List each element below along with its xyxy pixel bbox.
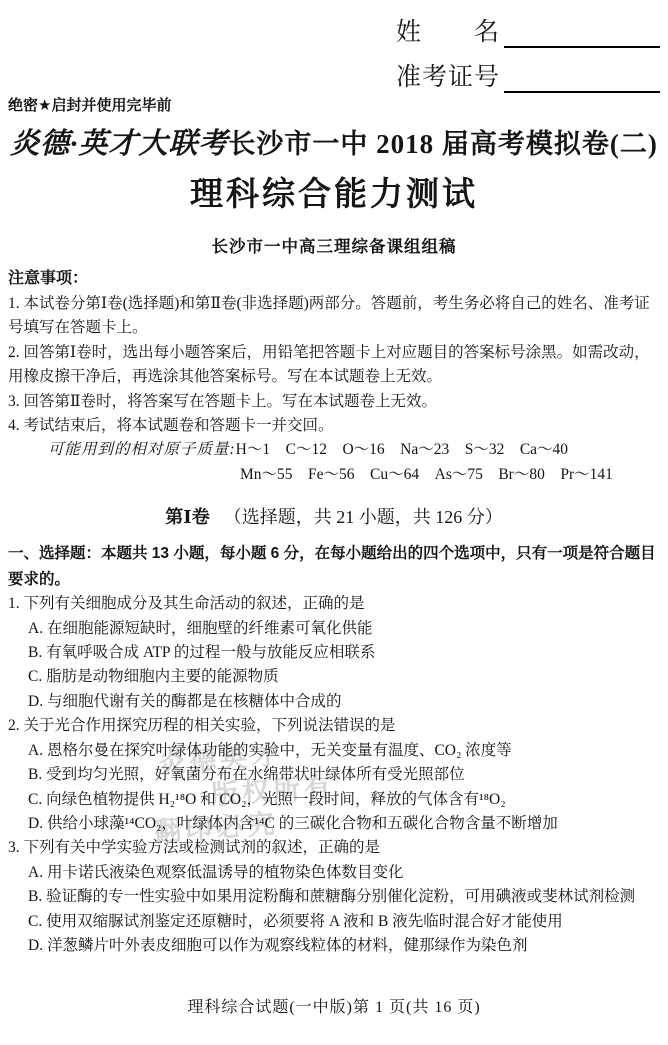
section-intro: 一、选择题：本题共 13 小题，每小题 6 分，在每小题给出的四个选项中，只有一… <box>8 541 660 592</box>
exam-title-brand: 炎德·英才大联考 <box>10 128 228 160</box>
notice-heading: 注意事项： <box>8 266 660 292</box>
question-option: C. 向绿色植物提供 H₂¹⁸O 和 CO₂，光照一段时间，释放的气体含有¹⁸O… <box>55 788 660 812</box>
byline: 长沙市一中高三理综备课组组稿 <box>0 233 668 257</box>
question-option: C. 脂肪是动物细胞内主要的能源物质 <box>55 665 660 689</box>
notice-item-1: 1. 本试卷分第Ⅰ卷(选择题)和第Ⅱ卷(非选择题)两部分。答题前，考生务必将自己… <box>8 292 660 341</box>
atomic-mass-label: 可能用到的相对原子质量: <box>48 441 236 458</box>
question-option: C. 使用双缩脲试剂鉴定还原糖时，必须要将 A 液和 B 液先临时混合好才能使用 <box>55 910 660 934</box>
question-option: D. 供给小球藻¹⁴CO₂，叶绿体内含¹⁴C 的三碳化合物和五碳化合物含量不断增… <box>55 812 660 836</box>
atomic-mass-line-1: 可能用到的相对原子质量:H～1 C～12 O～16 Na～23 S～32 Ca～… <box>48 438 660 462</box>
section-volume-desc: （选择题，共 21 小题，共 126 分） <box>224 507 503 527</box>
secret-banner: 绝密★启封并使用完毕前 <box>8 94 171 115</box>
exam-title-rest: 长沙市一中 2018 届高考模拟卷(二) <box>228 129 657 159</box>
question-option: A. 在细胞能源短缺时，细胞壁的纤维素可氧化供能 <box>55 617 660 641</box>
notice-item-4: 4. 考试结束后，将本试题卷和答题卡一并交回。 <box>8 414 660 438</box>
question-block-1: 1. 下列有关细胞成分及其生命活动的叙述，正确的是 A. 在细胞能源短缺时，细胞… <box>8 592 660 714</box>
exam-paper-page: 炎德英才 版权所有 翻印必究 姓 名 准考证号 绝密★启封并使用完毕前 炎德·英… <box>0 0 668 1045</box>
notice-item-3: 3. 回答第Ⅱ卷时，将答案写在答题卡上。写在本试题卷上无效。 <box>8 390 660 414</box>
candidate-info-header: 姓 名 准考证号 <box>396 12 660 102</box>
admission-number-row: 准考证号 <box>396 57 660 93</box>
question-stem: 2. 关于光合作用探究历程的相关实验，下列说法错误的是 <box>8 714 660 738</box>
question-block-3: 3. 下列有关中学实验方法或检测试剂的叙述，正确的是 A. 用卡诺氏液染色观察低… <box>8 836 660 958</box>
page-footer: 理科综合试题(一中版)第 1 页(共 16 页) <box>0 994 668 1017</box>
section-heading: 第Ⅰ卷（选择题，共 21 小题，共 126 分） <box>8 503 660 531</box>
admission-number-blank-line <box>504 60 660 93</box>
admission-number-label: 准考证号 <box>396 57 500 93</box>
question-option: A. 用卡诺氏液染色观察低温诱导的植物染色体数目变化 <box>55 861 660 885</box>
exam-title: 炎德·英才大联考长沙市一中 2018 届高考模拟卷(二) <box>0 121 668 162</box>
question-option: D. 洋葱鳞片叶外表皮细胞可以作为观察线粒体的材料，健那绿作为染色剂 <box>55 934 660 958</box>
question-option: D. 与细胞代谢有关的酶都是在核糖体中合成的 <box>55 690 660 714</box>
question-block-2: 2. 关于光合作用探究历程的相关实验，下列说法错误的是 A. 恩格尔曼在探究叶绿… <box>8 714 660 836</box>
question-option: B. 受到均匀光照，好氧菌分布在水绵带状叶绿体所有受光照部位 <box>55 763 660 787</box>
atomic-mass-values-1: H～1 C～12 O～16 Na～23 S～32 Ca～40 <box>236 441 568 458</box>
notice-item-2: 2. 回答第Ⅰ卷时，选出每小题答案后，用铅笔把答题卡上对应题目的答案标号涂黑。如… <box>8 341 660 390</box>
question-option: B. 验证酶的专一性实验中如果用淀粉酶和蔗糖酶分别催化淀粉，可用碘液或斐林试剂检… <box>55 885 660 909</box>
name-label: 姓 名 <box>396 12 500 48</box>
question-option: A. 恩格尔曼在探究叶绿体功能的实验中，无关变量有温度、CO₂ 浓度等 <box>55 739 660 763</box>
question-option: B. 有氧呼吸合成 ATP 的过程一般与放能反应相联系 <box>55 641 660 665</box>
name-row: 姓 名 <box>396 12 660 48</box>
paper-body: 注意事项： 1. 本试卷分第Ⅰ卷(选择题)和第Ⅱ卷(非选择题)两部分。答题前，考… <box>8 266 660 958</box>
name-blank-line <box>504 15 660 48</box>
atomic-mass-line-2: Mn～55 Fe～56 Cu～64 As～75 Br～80 Pr～141 <box>240 463 660 487</box>
question-stem: 3. 下列有关中学实验方法或检测试剂的叙述，正确的是 <box>8 836 660 860</box>
section-volume-label: 第Ⅰ卷 <box>165 507 209 527</box>
subject-title: 理科综合能力测试 <box>0 168 668 215</box>
question-stem: 1. 下列有关细胞成分及其生命活动的叙述，正确的是 <box>8 592 660 616</box>
